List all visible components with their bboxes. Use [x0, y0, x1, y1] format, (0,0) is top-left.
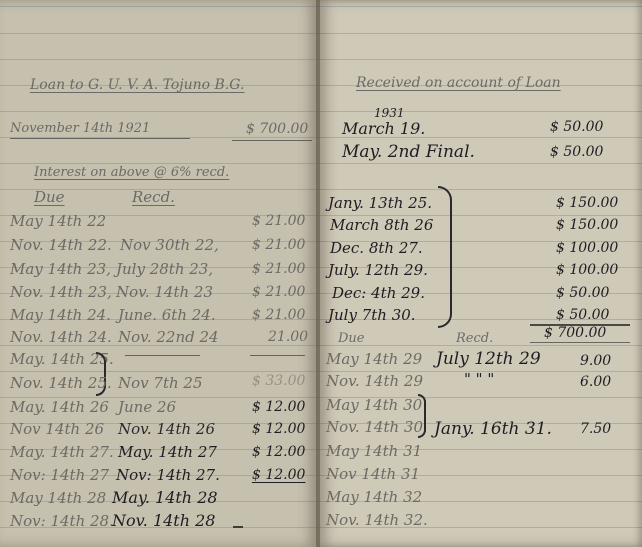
received-date: Nov. 14th 23 [116, 283, 213, 301]
left-page: Loan to G. U. V. A. Tojuno B.G. November… [0, 0, 318, 547]
col-recd-header: Recd. [132, 188, 175, 206]
due-date: May 14th 30 [326, 396, 422, 414]
received-date: June 26 [118, 398, 176, 416]
due-date: May 14th 22 [10, 212, 106, 230]
interest-amount: 9.00 [580, 352, 611, 370]
due-date: May 14th 28 [10, 489, 106, 507]
received-date: July 12th 29 [436, 350, 541, 368]
received-date: June. 6th 24. [118, 306, 216, 324]
due-date: May 14th 32 [326, 488, 422, 506]
interest-amount: $ 21.00 [252, 283, 305, 301]
due-date: May 14th 31 [326, 442, 422, 460]
interest-amount: $ 21.00 [252, 236, 305, 254]
received-date: Jany. 16th 31. [434, 420, 552, 438]
payment-amount: $ 100.00 [556, 239, 618, 257]
loan-date-underline [10, 138, 190, 139]
due-date: Nov. 14th 22. [10, 236, 112, 254]
interest-heading: Interest on above @ 6% recd. [34, 164, 229, 182]
payment-date: Dec. 8th 27. [330, 239, 423, 257]
loan-amount: $ 700.00 [246, 120, 308, 138]
payment-amount: $ 50.00 [556, 306, 609, 324]
loan-title: Loan to G. U. V. A. Tojuno B.G. [30, 76, 244, 94]
col-recd-header: Recd. [456, 330, 493, 348]
payment-amount: $ 100.00 [556, 261, 618, 279]
interest-amount: $ 12.00 [252, 420, 305, 438]
interest-amount: $ 33.00 [252, 372, 305, 390]
subtotal-rule [125, 355, 200, 356]
payment-date: March 8th 26 [330, 216, 433, 234]
payment-amount: $ 50.00 [556, 284, 609, 302]
loan-amount-underline [232, 140, 312, 141]
due-date: Nov. 14th 30 [326, 418, 423, 436]
payment-date: Jany. 13th 25. [328, 194, 432, 212]
payment-date: July. 12th 29. [328, 261, 428, 279]
payment-date: Dec: 4th 29. [332, 284, 425, 302]
due-date: Nov: 14th 27 [10, 466, 109, 484]
due-date: Nov. 14th 24. [10, 328, 112, 346]
interest-amount: $ 12.00 [252, 466, 305, 484]
book-spine [316, 0, 320, 547]
col-due-header: Due [34, 188, 65, 206]
interest-amount: $ 21.00 [252, 212, 305, 230]
due-date: Nov. 14th 29 [326, 372, 423, 390]
due-date: Nov: 14th 28. [10, 512, 114, 530]
col-due-header: Due [338, 330, 365, 348]
due-date: May. 14th 26 [10, 398, 109, 416]
payment-date: May. 2nd Final. [342, 143, 475, 161]
interest-amount: 6.00 [580, 373, 611, 391]
payment-amount: $ 50.00 [550, 118, 603, 136]
payment-amount: $ 50.00 [550, 143, 603, 161]
ditto-marks: " " " [464, 370, 494, 388]
interest-amount: $ 12.00 [252, 398, 305, 416]
received-date: Nov. 22nd 24 [118, 328, 219, 346]
ledger-book: Loan to G. U. V. A. Tojuno B.G. November… [0, 0, 642, 547]
interest-amount: $ 21.00 [252, 260, 305, 278]
interest-amount: 7.50 [580, 420, 611, 438]
loan-date: November 14th 1921 [10, 120, 150, 138]
received-date: Nov 30th 22, [120, 236, 219, 254]
received-date: Nov. 14th 28 [112, 512, 215, 530]
due-date: May 14th 24. [10, 306, 111, 324]
payment-date: July 7th 30. [328, 306, 416, 324]
right-page: Received on account of Loan 1931 March 1… [318, 0, 642, 547]
due-date: Nov. 14th 23, [10, 283, 112, 301]
interest-amount: $ 12.00 [252, 443, 305, 461]
received-date: Nov: 14th 27. [116, 466, 220, 484]
payment-date: March 19. [342, 120, 425, 138]
payment-amount: $ 150.00 [556, 194, 618, 212]
interest-amount: 21.00 [268, 328, 308, 346]
received-date: May. 14th 28 [112, 489, 218, 507]
due-date: May 14th 29 [326, 350, 422, 368]
payment-amount: $ 150.00 [556, 216, 618, 234]
due-date: Nov. 14th 32. [326, 511, 428, 529]
due-date: Nov. 14th 25. [10, 374, 112, 392]
received-title: Received on account of Loan [356, 74, 561, 92]
principal-bracket [438, 186, 452, 328]
due-date: Nov 14th 26 [10, 420, 104, 438]
total-double-rule [530, 342, 630, 343]
subtotal-rule [250, 355, 305, 356]
due-date: Nov 14th 31 [326, 465, 420, 483]
due-date: May. 14th 27. [10, 443, 114, 461]
received-date: Nov. 14th 26 [118, 420, 215, 438]
dash-mark [233, 526, 243, 528]
received-date: May. 14th 27 [118, 443, 217, 461]
due-date: May 14th 23, [10, 260, 111, 278]
received-date: Nov 7th 25 [118, 374, 203, 392]
received-date: July 28th 23, [116, 260, 213, 278]
interest-amount: $ 21.00 [252, 306, 305, 324]
principal-total: $ 700.00 [544, 324, 606, 342]
